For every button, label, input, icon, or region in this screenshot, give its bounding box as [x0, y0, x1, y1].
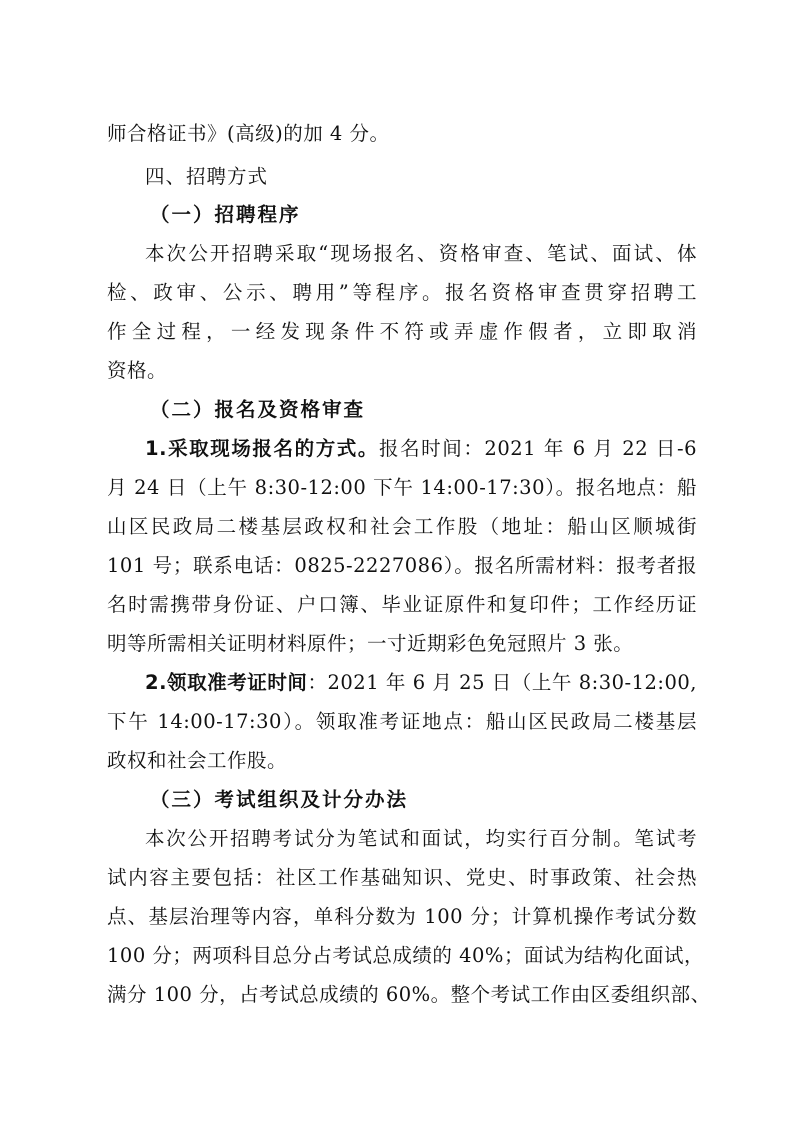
item-title: 2.领取准考证时间 — [145, 671, 307, 694]
paragraph-line: 1.采取现场报名的方式。报名时间：2021 年 6 月 22 日-6 — [145, 435, 697, 463]
paragraph-line: 试内容主要包括：社区工作基础知识、党史、时事政策、社会热 — [107, 864, 697, 892]
document-page: 师合格证书》(高级)的加 4 分。 四、招聘方式 （一）招聘程序 本次公开招聘采… — [0, 0, 793, 1122]
paragraph-line: 名时需携带身份证、户口簿、毕业证原件和复印件；工作经历证 — [107, 591, 697, 619]
paragraph-line: 山区民政局二楼基层政权和社会工作股（地址：船山区顺城街 — [107, 513, 697, 541]
paragraph-line: 明等所需相关证明材料原件；一寸近期彩色免冠照片 3 张。 — [107, 630, 697, 658]
paragraph-line: 政权和社会工作股。 — [107, 747, 697, 775]
paragraph-line: 本次公开招聘考试分为笔试和面试，均实行百分制。笔试考 — [145, 825, 697, 853]
subsection-heading: （二）报名及资格审查 — [150, 396, 740, 424]
paragraph-line: 资格。 — [107, 357, 697, 385]
paragraph-line: 本次公开招聘采取“现场报名、资格审查、笔试、面试、体 — [145, 240, 697, 268]
paragraph-line: 检、政审、公示、聘用”等程序。报名资格审查贯穿招聘工 — [107, 279, 697, 307]
section-heading: 四、招聘方式 — [145, 163, 735, 191]
paragraph-line: 100 分；两项科目总分占考试总成绩的 40%；面试为结构化面试， — [107, 942, 697, 970]
subsection-heading: （一）招聘程序 — [150, 201, 740, 229]
paragraph-line: 点、基层治理等内容，单科分数为 100 分；计算机操作考试分数 — [107, 903, 697, 931]
paragraph-line: 作全过程，一经发现条件不符或弄虚作假者，立即取消 — [107, 318, 697, 346]
paragraph-line: 101 号；联系电话：0825-2227086）。报名所需材料：报考者报 — [107, 552, 697, 580]
paragraph-line: 满分 100 分，占考试总成绩的 60%。整个考试工作由区委组织部、 — [107, 981, 697, 1009]
item-title: 1.采取现场报名的方式。 — [145, 437, 379, 460]
paragraph-line: 2.领取准考证时间：2021 年 6 月 25 日（上午 8:30-12:00, — [145, 669, 697, 697]
paragraph-line: 月 24 日（上午 8:30-12:00 下午 14:00-17:30）。报名地… — [107, 474, 697, 502]
paragraph-line: 师合格证书》(高级)的加 4 分。 — [107, 120, 697, 148]
subsection-heading: （三）考试组织及计分办法 — [150, 786, 740, 814]
paragraph-line: 下午 14:00-17:30）。领取准考证地点：船山区民政局二楼基层 — [107, 708, 697, 736]
